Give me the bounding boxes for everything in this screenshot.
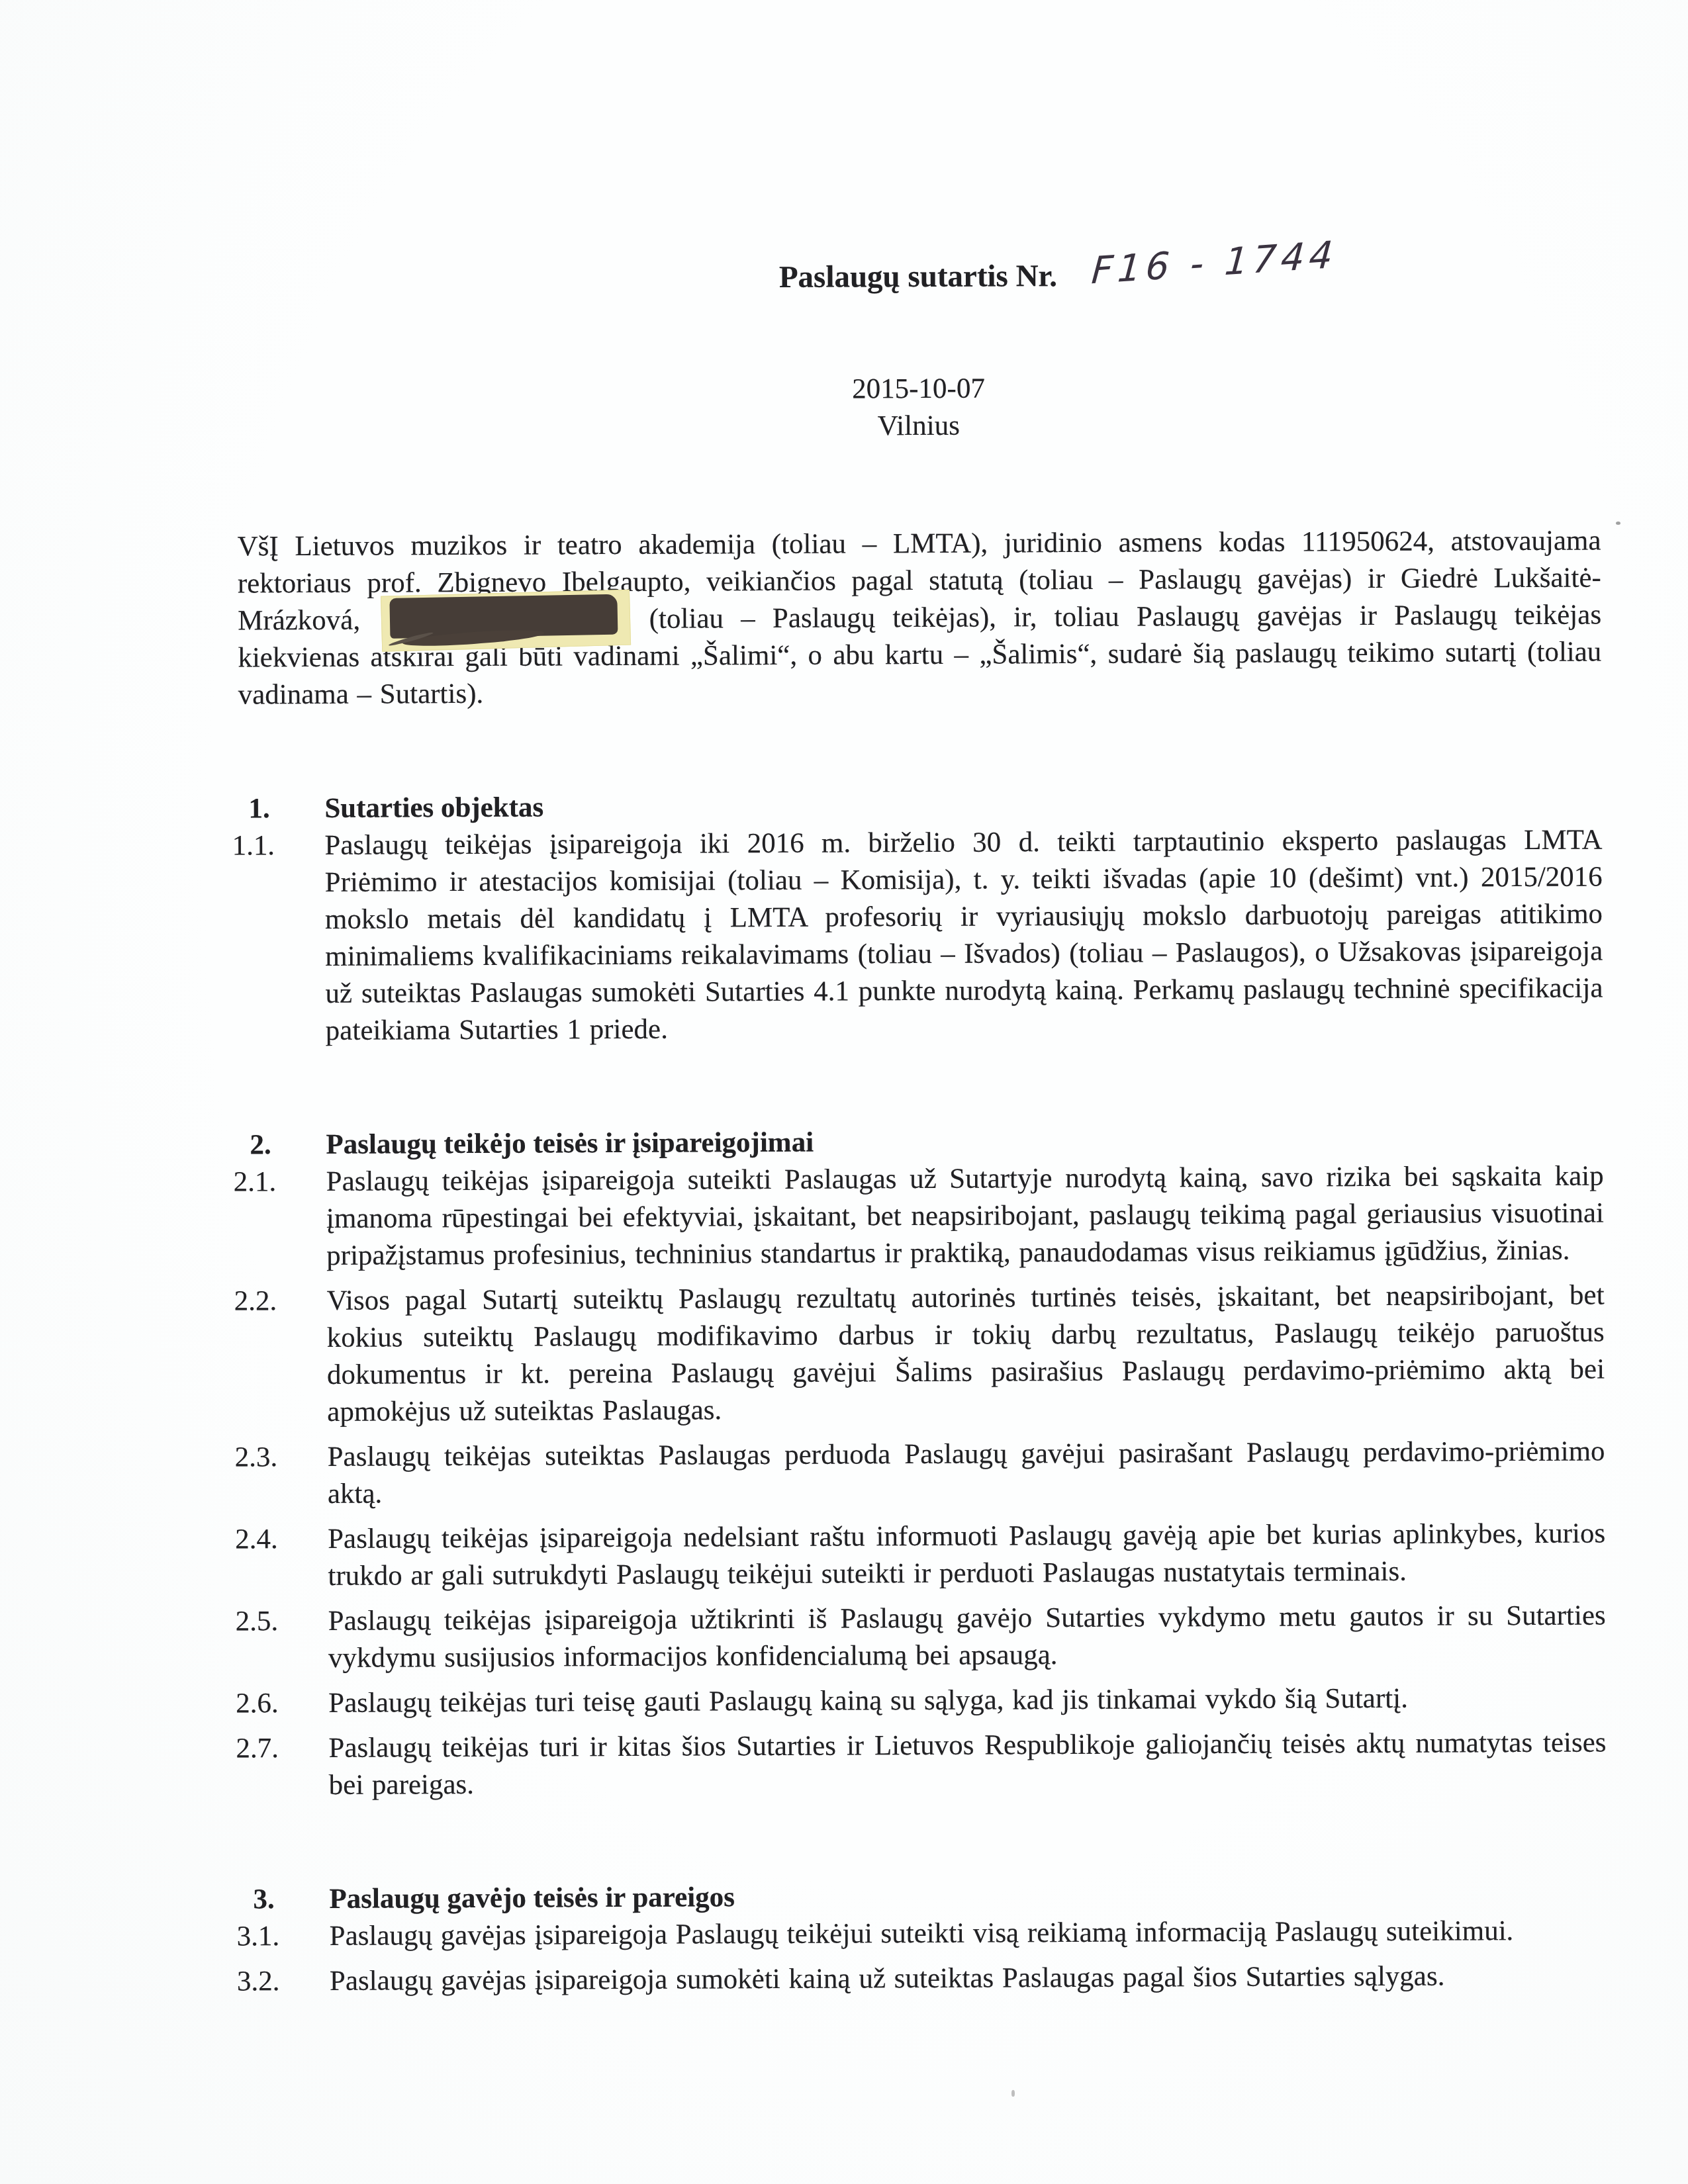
- section-title: Paslaugų gavėjo teisės ir pareigos: [329, 1882, 735, 1915]
- scan-speck: [1616, 522, 1620, 525]
- clause-text: Visos pagal Sutartį suteiktų Paslaugų re…: [326, 1279, 1605, 1427]
- clause-text: Paslaugų teikėjas įsipareigoja suteikti …: [326, 1160, 1604, 1271]
- clause-number: 2.5.: [236, 1603, 279, 1640]
- clause-text: Paslaugų teikėjas įsipareigoja nedelsian…: [328, 1518, 1605, 1591]
- clause-number: 2.6.: [236, 1685, 279, 1722]
- clause-text: Paslaugų teikėjas įsipareigoja užtikrint…: [328, 1600, 1606, 1673]
- section-title: Sutarties objektas: [324, 792, 543, 823]
- clause-2-5: 2.5. Paslaugų teikėjas įsipareigoja užti…: [242, 1597, 1606, 1677]
- document-title: Paslaugų sutartis Nr. F16 - 1744: [236, 254, 1600, 300]
- contract-page: Paslaugų sutartis Nr. F16 - 1744 2015-10…: [0, 0, 1688, 2184]
- clause-text: Paslaugų teikėjas turi ir kitas šios Sut…: [328, 1727, 1606, 1800]
- contract-number-handwritten: F16 - 1744: [1090, 236, 1338, 292]
- clause-2-2: 2.2. Visos pagal Sutartį suteiktų Paslau…: [240, 1277, 1605, 1431]
- clause-number: 2.7.: [236, 1730, 279, 1767]
- intro-paragraph: VšĮ Lietuvos muzikos ir teatro akademija…: [237, 522, 1601, 713]
- section-heading-1: 1. Sutarties objektas: [238, 784, 1602, 827]
- redaction-tape: [381, 590, 631, 652]
- clause-3-2: 3.2. Paslaugų gavėjas įsipareigoja sumok…: [244, 1957, 1607, 2000]
- clause-2-4: 2.4. Paslaugų teikėjas įsipareigoja nede…: [242, 1515, 1605, 1595]
- clause-text: Paslaugų teikėjas suteiktas Paslaugas pe…: [327, 1435, 1605, 1509]
- clause-text: Paslaugų gavėjas įsipareigoja sumokėti k…: [330, 1961, 1445, 1997]
- clause-number: 2.2.: [234, 1283, 277, 1320]
- clause-number: 3.1.: [237, 1918, 280, 1955]
- scan-speck: [1011, 2090, 1015, 2097]
- section-number: 2.: [250, 1126, 271, 1163]
- section-number: 3.: [253, 1881, 274, 1918]
- clause-1-1: 1.1. Paslaugų teikėjas įsipareigoja iki …: [238, 821, 1603, 1050]
- contract-date: 2015-10-07: [236, 368, 1600, 411]
- clause-text: Paslaugų teikėjas turi teisę gauti Pasla…: [328, 1683, 1408, 1719]
- clause-number: 1.1.: [232, 827, 275, 864]
- clause-number: 3.2.: [237, 1963, 280, 2000]
- clause-2-6: 2.6. Paslaugų teikėjas turi teisę gauti …: [242, 1679, 1606, 1722]
- clause-text: Paslaugų teikėjas įsipareigoja iki 2016 …: [324, 824, 1603, 1046]
- clause-2-1: 2.1. Paslaugų teikėjas įsipareigoja sute…: [240, 1158, 1605, 1275]
- clause-text: Paslaugų gavėjas įsipareigoja Paslaugų t…: [330, 1915, 1514, 1952]
- page-content: Paslaugų sutartis Nr. F16 - 1744 2015-10…: [235, 0, 1607, 2008]
- clause-2-3: 2.3. Paslaugų teikėjas suteiktas Paslaug…: [241, 1433, 1605, 1513]
- clause-number: 2.3.: [234, 1439, 277, 1476]
- title-label: Paslaugų sutartis Nr.: [779, 259, 1057, 295]
- contract-city: Vilnius: [237, 404, 1601, 447]
- clause-number: 2.1.: [234, 1163, 277, 1201]
- section-title: Paslaugų teikėjo teisės ir įsipareigojim…: [326, 1127, 814, 1160]
- section-heading-3: 3. Paslaugų gavėjo teisės ir pareigos: [243, 1875, 1607, 1918]
- clause-3-1: 3.1. Paslaugų gavėjas įsipareigoja Pasla…: [244, 1912, 1607, 1955]
- section-number: 1.: [248, 790, 269, 827]
- section-heading-2: 2. Paslaugų teikėjo teisės ir įsipareigo…: [240, 1120, 1603, 1163]
- clause-number: 2.4.: [235, 1521, 278, 1558]
- clause-2-7: 2.7. Paslaugų teikėjas turi ir kitas šio…: [242, 1724, 1606, 1804]
